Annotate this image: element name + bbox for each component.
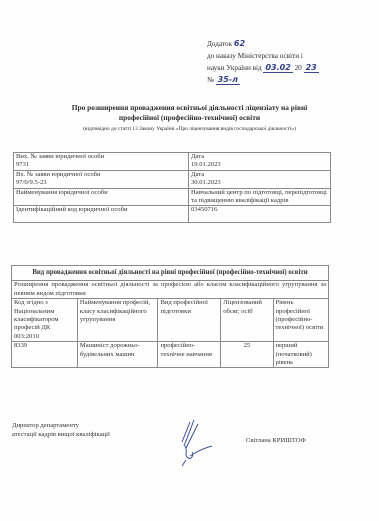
table-cell: Вх. № заяви юридичної особи 97/0/9.5-23 [14,170,189,188]
cell-label: Дата [191,153,328,161]
document-subtitle: (відповідно до статті 13 Закону України … [0,126,379,132]
year-prefix: 20 [295,64,302,72]
table-cell: 8339 [12,342,78,368]
table-cell: Дата 19.01.2023 [189,153,331,171]
table-cell: перший (початковий) рівень [273,342,328,368]
document-page: Додаток 62 до наказу Міністерства освіти… [0,0,379,521]
order-no-label: № [207,76,214,84]
table-header-row: Вид провадження освітньої діяльності на … [12,266,329,281]
table-header: Вид провадження освітньої діяльності на … [12,266,329,281]
position-line2: атестації кадрів вищої кваліфікації [12,430,110,439]
table-cell: професійно-технічне навчання [158,342,221,368]
table-row: 8339 Машиніст дорожньо-будівельних машин… [12,342,329,368]
position-line1: Директор департаменту [12,421,110,430]
column-headers-row: Код згідно з Національним класифікатором… [12,299,329,342]
order-year: 23 [304,63,319,73]
column-header: Код згідно з Національним класифікатором… [12,299,78,342]
appendix-number: 62 [234,39,245,48]
column-header: Рівень професійної (професійно-технічної… [273,299,328,342]
cell-value: 19.01.2023 [191,161,328,169]
table-row: Вх. № заяви юридичної особи 97/0/9.5-23 … [14,170,331,188]
appendix-line2: до наказу Міністерства освіти і [207,50,319,62]
table-cell: Ідентифікаційний код юридичної особи [14,206,189,223]
table-row: Вих. № заяви юридичної особи 9731 Дата 1… [14,153,331,171]
title-line2: професійної (професійно-технічної) освіт… [0,113,379,123]
appendix-block: Додаток 62 до наказу Міністерства освіти… [207,38,319,86]
activity-table: Вид провадження освітньої діяльності на … [11,265,329,368]
column-header: Найменування професій, класу класифікаці… [77,299,158,342]
appendix-label: Додаток [207,40,232,48]
cell-value: 9731 [16,161,186,169]
cell-label: Вих. № заяви юридичної особи [16,153,186,161]
table-row: Найменування юридичної особи Навчальний … [14,188,331,206]
signatory-position: Директор департаменту атестації кадрів в… [12,421,110,439]
table-row: Ідентифікаційний код юридичної особи 034… [14,206,331,223]
table-cell: Навчальний центр по підготовці, перепідг… [189,188,331,206]
cell-value: 30.01.2023 [191,179,328,187]
table-cell: 25 [221,342,273,368]
appendix-line3: науки України від [207,64,262,72]
table-cell: Вих. № заяви юридичної особи 9731 [14,153,189,171]
cell-label: Вх. № заяви юридичної особи [16,171,186,179]
table-row: Розширення провадження освітньої діяльно… [12,281,329,299]
signatory-name: Світлана КРИШТОФ [246,436,306,445]
table-cell: Найменування юридичної особи [14,188,189,206]
table-description: Розширення провадження освітньої діяльно… [12,281,329,299]
cell-label: Дата [191,171,328,179]
title-line1: Про розширення провадження освітньої дія… [0,103,379,113]
table-cell: Машиніст дорожньо-будівельних машин [77,342,158,368]
table-cell: 03450716 [189,206,331,223]
column-header: Вид професійної підготовки [158,299,221,342]
document-title: Про розширення провадження освітньої дія… [0,103,379,123]
order-number: 35-л [216,75,240,85]
info-table: Вих. № заяви юридичної особи 9731 Дата 1… [13,152,331,223]
handwritten-signature-icon [176,416,216,470]
column-header: Ліцензований обсяг, осіб [221,299,273,342]
order-date: 03.02 [263,63,292,73]
cell-value: 97/0/9.5-23 [16,179,186,187]
table-cell: Дата 30.01.2023 [189,170,331,188]
